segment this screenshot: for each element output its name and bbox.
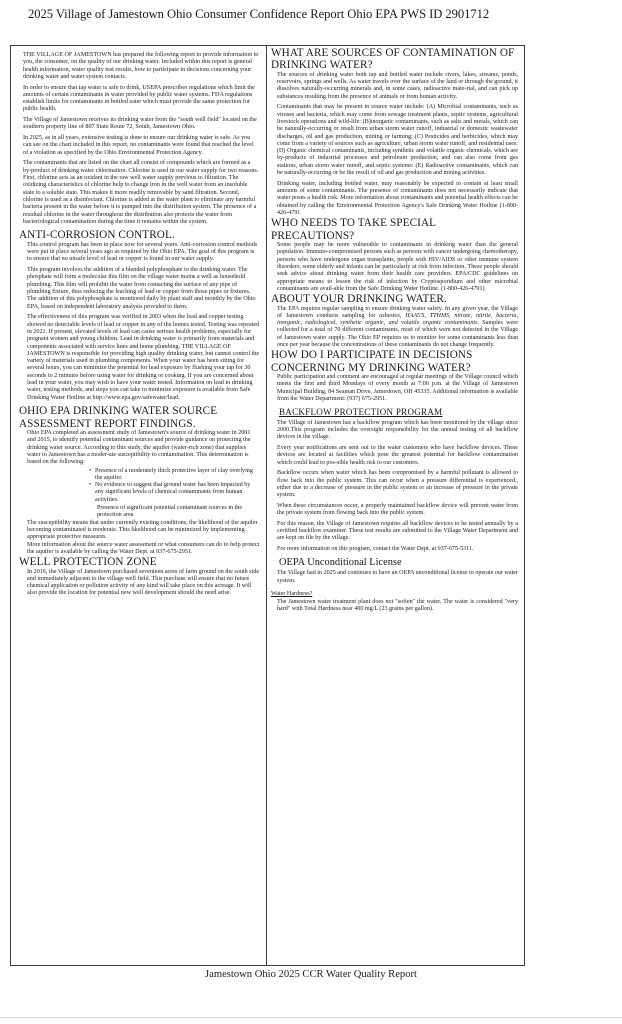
anti-corrosion-paragraph: The effectiveness of this program was ve…: [23, 314, 260, 402]
page-title: 2025 Village of Jamestown Ohio Consumer …: [28, 7, 489, 22]
report-frame: THE VILLAGE OF JAMESTOWN has prepared th…: [10, 45, 525, 966]
license-paragraph: The Village had in 2025 and continues to…: [271, 570, 518, 585]
backflow-paragraph: Backflow occurs when water which has bee…: [271, 470, 518, 499]
source-assessment-intro: Ohio EPA completed an assessment study o…: [23, 430, 260, 466]
section-heading-backflow: BACKFLOW PROTECTION PROGRAM: [279, 407, 518, 417]
hardness-paragraph: The Jamestown water treatment plant does…: [271, 599, 518, 614]
intro-paragraph: The Village of Jamestown receives its dr…: [23, 117, 260, 132]
page-footer: Jamestown Ohio 2025 CCR Water Quality Re…: [0, 969, 622, 980]
section-heading-precautions: WHO NEEDS TO TAKE SPECIAL PRECAUTIONS?: [271, 217, 518, 242]
backflow-paragraph: For this reason, the Village of Jamestow…: [271, 521, 518, 543]
backflow-paragraph: When these circumstances occur, a proper…: [271, 503, 518, 518]
participate-paragraph: Public participation and comment are enc…: [271, 374, 518, 403]
intro-paragraph: THE VILLAGE OF JAMESTOWN has prepared th…: [23, 52, 260, 81]
section-heading-license: OEPA Unconditional License: [279, 557, 518, 569]
section-heading-hardness: Water Hardness?: [271, 591, 518, 598]
sources-paragraph: Drinking water, including bottled water,…: [271, 181, 518, 217]
assessment-extra-item: Presence of significant potential contam…: [23, 505, 260, 520]
bullet-icon: •: [89, 482, 91, 489]
intro-paragraph: In 2025, as in all years, extensive test…: [23, 135, 260, 157]
bullet-icon: •: [89, 468, 91, 475]
intro-paragraph: The contaminants that are listed on the …: [23, 160, 260, 226]
section-heading-well-protection: WELL PROTECTION ZONE: [19, 556, 260, 568]
sources-paragraph: Contaminants that may be present in sour…: [271, 104, 518, 177]
section-heading-sources: WHAT ARE SOURCES OF CONTAMINATION OF DRI…: [271, 47, 518, 72]
section-heading-about: ABOUT YOUR DRINKING WATER.: [271, 293, 518, 305]
backflow-paragraph: For more information on this program, co…: [271, 546, 518, 553]
backflow-paragraph: The Village of Jamestown has a backflow …: [271, 420, 518, 442]
section-heading-source-assessment: OHIO EPA DRINKING WATER SOURCE ASSESSMEN…: [19, 405, 260, 430]
anti-corrosion-paragraph: This program involves the addition of a …: [23, 267, 260, 311]
assessment-bullet-list: •Presence of a moderately thick protecti…: [23, 468, 260, 504]
precautions-paragraph: Some people may be more vulnerable to co…: [271, 242, 518, 293]
well-protection-paragraph: In 2016, the Village of Jamestown purcha…: [23, 569, 260, 598]
bullet-item: •Presence of a moderately thick protecti…: [95, 468, 260, 483]
section-heading-anti-corrosion: ANTI-CORROSION CONTROL.: [19, 229, 260, 241]
right-column: WHAT ARE SOURCES OF CONTAMINATION OF DRI…: [266, 46, 524, 965]
scan-edge-divider: [0, 1017, 622, 1018]
left-column: THE VILLAGE OF JAMESTOWN has prepared th…: [11, 46, 266, 965]
intro-paragraph: In order to ensure that tap water is saf…: [23, 85, 260, 114]
source-assessment-paragraph: More information about the source water …: [23, 542, 260, 557]
section-heading-participate: HOW DO I PARTICIPATE IN DECISIONS CONCER…: [271, 349, 518, 374]
bullet-item: •No evidence to suggest that ground wate…: [95, 482, 260, 504]
anti-corrosion-paragraph: This control program has been in place n…: [23, 242, 260, 264]
sources-paragraph: The sources of drinking water both tap a…: [271, 72, 518, 101]
about-paragraph: The EPA requires regular sampling to ens…: [271, 306, 518, 350]
backflow-paragraph: Every year notifications are sent out to…: [271, 445, 518, 467]
source-assessment-paragraph: The susceptibility means that under curr…: [23, 520, 260, 542]
